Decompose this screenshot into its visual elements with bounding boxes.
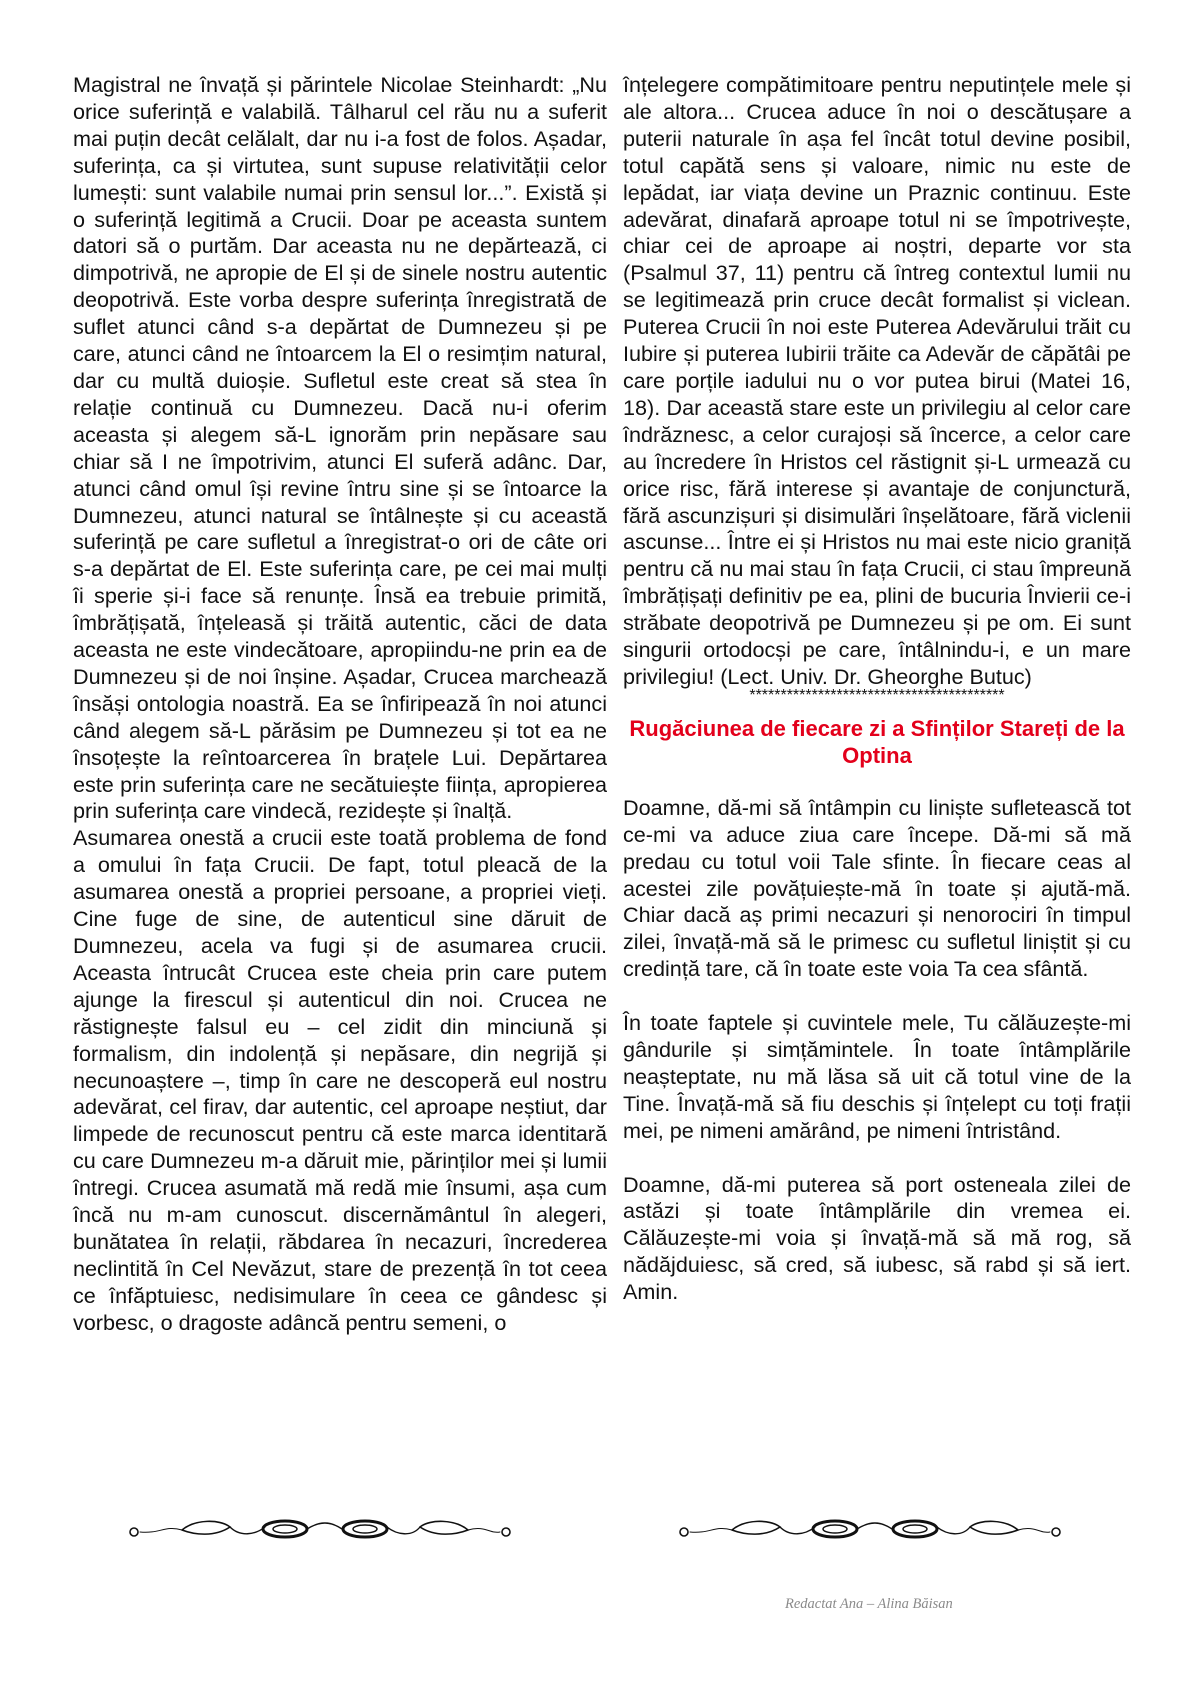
- article-paragraph: Asumarea onestă a crucii este toată prob…: [73, 825, 607, 1336]
- prayer-paragraph: În toate faptele și cuvintele mele, Tu c…: [623, 1010, 1131, 1145]
- spacer: [623, 983, 1131, 1010]
- prayer-title: Rugăciunea de fiecare zi a Sfinților Sta…: [623, 715, 1131, 769]
- spacer: [623, 769, 1131, 795]
- spacer: [623, 1145, 1131, 1172]
- right-column: înțelegere compătimitoare pentru neputin…: [623, 72, 1131, 1306]
- separator-stars: ****************************************…: [623, 689, 1131, 709]
- editor-credit: Redactat Ana – Alina Băisan: [785, 1596, 953, 1613]
- article-continuation: înțelegere compătimitoare pentru neputin…: [623, 72, 1131, 691]
- ornamental-divider-icon: [670, 1515, 1070, 1545]
- prayer-paragraph: Doamne, dă-mi puterea să port osteneala …: [623, 1172, 1131, 1307]
- left-column: Magistral ne învață și părintele Nicolae…: [73, 72, 607, 1337]
- article-paragraph: Magistral ne învață și părintele Nicolae…: [73, 72, 607, 825]
- ornamental-divider-icon: [120, 1515, 520, 1545]
- prayer-paragraph: Doamne, dă-mi să întâmpin cu liniște suf…: [623, 795, 1131, 983]
